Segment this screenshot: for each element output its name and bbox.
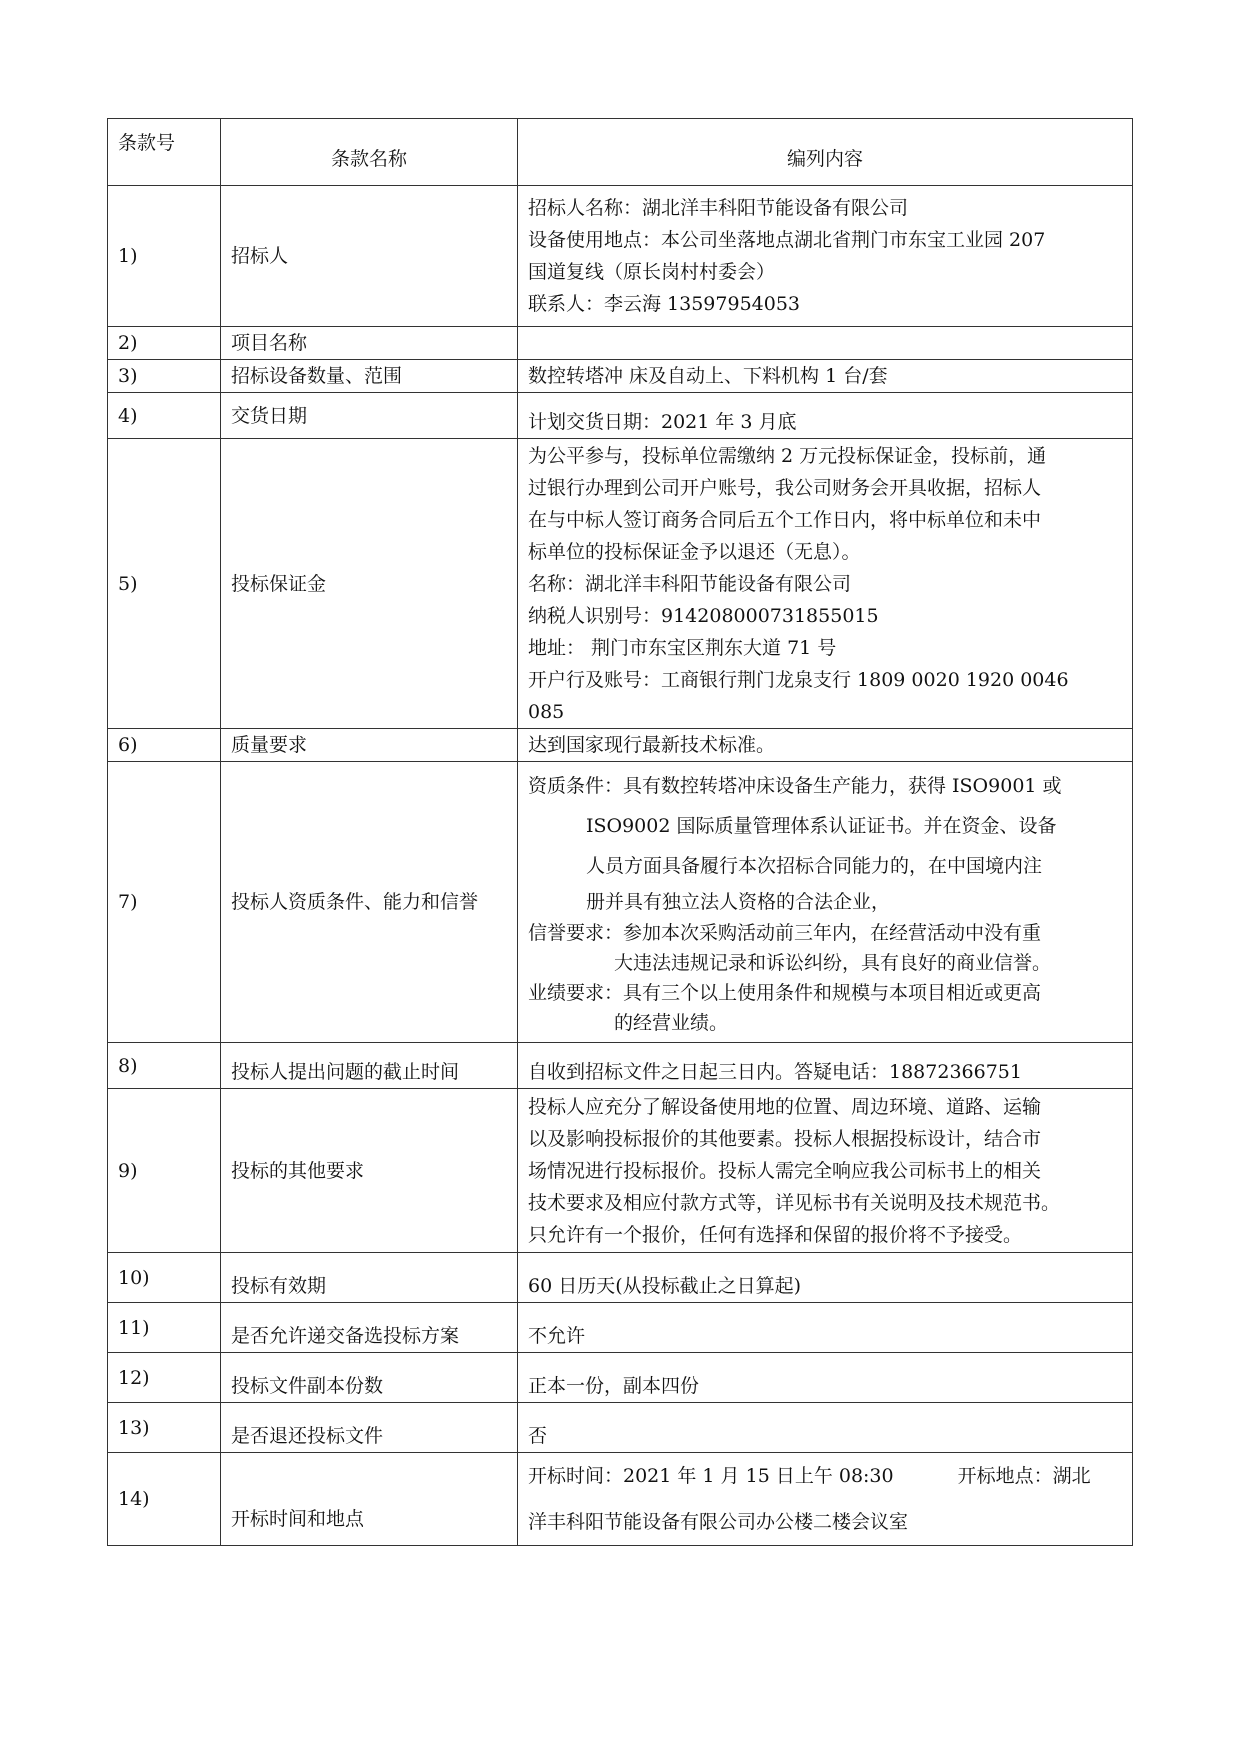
clause-no: 4) bbox=[108, 393, 221, 439]
clause-content: 为公平参与，投标单位需缴纳 2 万元投标保证金，投标前，通 过银行办理到公司开户… bbox=[518, 439, 1133, 729]
content-line: 的经营业绩。 bbox=[528, 1008, 1122, 1038]
clause-name: 招标人 bbox=[221, 186, 518, 327]
clause-no: 8) bbox=[108, 1043, 221, 1089]
clause-no: 2) bbox=[108, 327, 221, 360]
table-row: 7) 投标人资质条件、能力和信誉 资质条件：具有数控转塔冲床设备生产能力，获得 … bbox=[108, 762, 1133, 1043]
clause-name: 开标时间和地点 bbox=[221, 1453, 518, 1546]
header-clause-no: 条款号 bbox=[108, 119, 221, 186]
content-line: 开户行及账号：工商银行荆门龙泉支行 1809 0020 1920 0046 bbox=[528, 664, 1122, 696]
table-header-row: 条款号 条款名称 编列内容 bbox=[108, 119, 1133, 186]
content-line: 业绩要求：具有三个以上使用条件和规模与本项目相近或更高 bbox=[528, 978, 1122, 1008]
content-line: ISO9002 国际质量管理体系认证证书。并在资金、设备 bbox=[528, 806, 1122, 846]
clause-no: 7) bbox=[108, 762, 221, 1043]
clause-content: 60 日历天(从投标截止之日算起) bbox=[518, 1253, 1133, 1303]
clause-name: 投标文件副本份数 bbox=[221, 1353, 518, 1403]
clause-name: 是否退还投标文件 bbox=[221, 1403, 518, 1453]
clause-content: 招标人名称：湖北洋丰科阳节能设备有限公司 设备使用地点：本公司坐落地点湖北省荆门… bbox=[518, 186, 1133, 327]
content-line: 纳税人识别号：914208000731855015 bbox=[528, 600, 1122, 632]
clause-no: 10) bbox=[108, 1253, 221, 1303]
content-line: 投标人应充分了解设备使用地的位置、周边环境、道路、运输 bbox=[528, 1091, 1122, 1123]
clause-name: 交货日期 bbox=[221, 393, 518, 439]
header-content: 编列内容 bbox=[518, 119, 1133, 186]
clause-content: 否 bbox=[518, 1403, 1133, 1453]
table-row: 13) 是否退还投标文件 否 bbox=[108, 1403, 1133, 1453]
content-line: 过银行办理到公司开户账号，我公司财务会开具收据，招标人 bbox=[528, 472, 1122, 504]
clause-no: 11) bbox=[108, 1303, 221, 1353]
content-line: 人员方面具备履行本次招标合同能力的，在中国境内注 bbox=[528, 846, 1122, 886]
table-row: 1) 招标人 招标人名称：湖北洋丰科阳节能设备有限公司 设备使用地点：本公司坐落… bbox=[108, 186, 1133, 327]
clause-content: 不允许 bbox=[518, 1303, 1133, 1353]
clause-name: 投标人资质条件、能力和信誉 bbox=[221, 762, 518, 1043]
clause-no: 13) bbox=[108, 1403, 221, 1453]
content-line: 地址： 荆门市东宝区荆东大道 71 号 bbox=[528, 632, 1122, 664]
content-line: 技术要求及相应付款方式等，详见标书有关说明及技术规范书。 bbox=[528, 1187, 1122, 1219]
table-row: 12) 投标文件副本份数 正本一份，副本四份 bbox=[108, 1353, 1133, 1403]
content-line: 册并具有独立法人资格的合法企业， bbox=[528, 886, 1122, 918]
content-line: 设备使用地点：本公司坐落地点湖北省荆门市东宝工业园 207 bbox=[528, 224, 1122, 256]
clause-name: 投标的其他要求 bbox=[221, 1089, 518, 1253]
table-row: 14) 开标时间和地点 开标时间：2021 年 1 月 15 日上午 08:30… bbox=[108, 1453, 1133, 1546]
opening-location-label: 开标地点：湖北 bbox=[958, 1465, 1091, 1487]
content-line: 名称：湖北洋丰科阳节能设备有限公司 bbox=[528, 568, 1122, 600]
table-row: 4) 交货日期 计划交货日期：2021 年 3 月底 bbox=[108, 393, 1133, 439]
clause-no: 9) bbox=[108, 1089, 221, 1253]
content-line: 标单位的投标保证金予以退还（无息）。 bbox=[528, 536, 1122, 568]
clause-name: 投标人提出问题的截止时间 bbox=[221, 1043, 518, 1089]
content-line: 以及影响投标报价的其他要素。投标人根据投标设计，结合市 bbox=[528, 1123, 1122, 1155]
clause-no: 6) bbox=[108, 729, 221, 762]
content-line: 场情况进行投标报价。投标人需完全响应我公司标书上的相关 bbox=[528, 1155, 1122, 1187]
clause-name: 项目名称 bbox=[221, 327, 518, 360]
table-row: 8) 投标人提出问题的截止时间 自收到招标文件之日起三日内。答疑电话：18872… bbox=[108, 1043, 1133, 1089]
content-line: 国道复线（原长岗村村委会） bbox=[528, 256, 1122, 288]
clause-content: 资质条件：具有数控转塔冲床设备生产能力，获得 ISO9001 或 ISO9002… bbox=[518, 762, 1133, 1043]
content-line: 资质条件：具有数控转塔冲床设备生产能力，获得 ISO9001 或 bbox=[528, 766, 1122, 806]
table-row: 3) 招标设备数量、范围 数控转塔冲 床及自动上、下料机构 1 台/套 bbox=[108, 360, 1133, 393]
clause-no: 1) bbox=[108, 186, 221, 327]
opening-time: 开标时间：2021 年 1 月 15 日上午 08:30 bbox=[528, 1465, 894, 1487]
header-clause-name: 条款名称 bbox=[221, 119, 518, 186]
clause-no: 3) bbox=[108, 360, 221, 393]
content-line: 只允许有一个报价，任何有选择和保留的报价将不予接受。 bbox=[528, 1219, 1122, 1251]
table-row: 11) 是否允许递交备选投标方案 不允许 bbox=[108, 1303, 1133, 1353]
clause-content: 计划交货日期：2021 年 3 月底 bbox=[518, 393, 1133, 439]
clause-content: 正本一份，副本四份 bbox=[518, 1353, 1133, 1403]
clause-name: 投标保证金 bbox=[221, 439, 518, 729]
clause-no: 12) bbox=[108, 1353, 221, 1403]
table-row: 9) 投标的其他要求 投标人应充分了解设备使用地的位置、周边环境、道路、运输 以… bbox=[108, 1089, 1133, 1253]
clause-name: 投标有效期 bbox=[221, 1253, 518, 1303]
content-line: 联系人：李云海 13597954053 bbox=[528, 288, 1122, 320]
table-row: 2) 项目名称 bbox=[108, 327, 1133, 360]
clause-content bbox=[518, 327, 1133, 360]
content-line: 在与中标人签订商务合同后五个工作日内，将中标单位和未中 bbox=[528, 504, 1122, 536]
content-line: 085 bbox=[528, 696, 1122, 728]
opening-location: 洋丰科阳节能设备有限公司办公楼二楼会议室 bbox=[528, 1499, 1122, 1545]
clause-name: 是否允许递交备选投标方案 bbox=[221, 1303, 518, 1353]
clause-no: 5) bbox=[108, 439, 221, 729]
content-line: 招标人名称：湖北洋丰科阳节能设备有限公司 bbox=[528, 192, 1122, 224]
content-line: 为公平参与，投标单位需缴纳 2 万元投标保证金，投标前，通 bbox=[528, 440, 1122, 472]
clause-name: 招标设备数量、范围 bbox=[221, 360, 518, 393]
content-line: 信誉要求：参加本次采购活动前三年内，在经营活动中没有重 bbox=[528, 918, 1122, 948]
clause-content: 自收到招标文件之日起三日内。答疑电话：18872366751 bbox=[518, 1043, 1133, 1089]
table-row: 6) 质量要求 达到国家现行最新技术标准。 bbox=[108, 729, 1133, 762]
clause-content: 数控转塔冲 床及自动上、下料机构 1 台/套 bbox=[518, 360, 1133, 393]
clause-content: 投标人应充分了解设备使用地的位置、周边环境、道路、运输 以及影响投标报价的其他要… bbox=[518, 1089, 1133, 1253]
clause-name: 质量要求 bbox=[221, 729, 518, 762]
clause-content: 达到国家现行最新技术标准。 bbox=[518, 729, 1133, 762]
table-row: 5) 投标保证金 为公平参与，投标单位需缴纳 2 万元投标保证金，投标前，通 过… bbox=[108, 439, 1133, 729]
table-row: 10) 投标有效期 60 日历天(从投标截止之日算起) bbox=[108, 1253, 1133, 1303]
content-line: 大违法违规记录和诉讼纠纷，具有良好的商业信誉。 bbox=[528, 948, 1122, 978]
clause-content: 开标时间：2021 年 1 月 15 日上午 08:30开标地点：湖北 洋丰科阳… bbox=[518, 1453, 1133, 1546]
clause-no: 14) bbox=[108, 1453, 221, 1546]
tender-terms-table: 条款号 条款名称 编列内容 1) 招标人 招标人名称：湖北洋丰科阳节能设备有限公… bbox=[107, 118, 1133, 1546]
